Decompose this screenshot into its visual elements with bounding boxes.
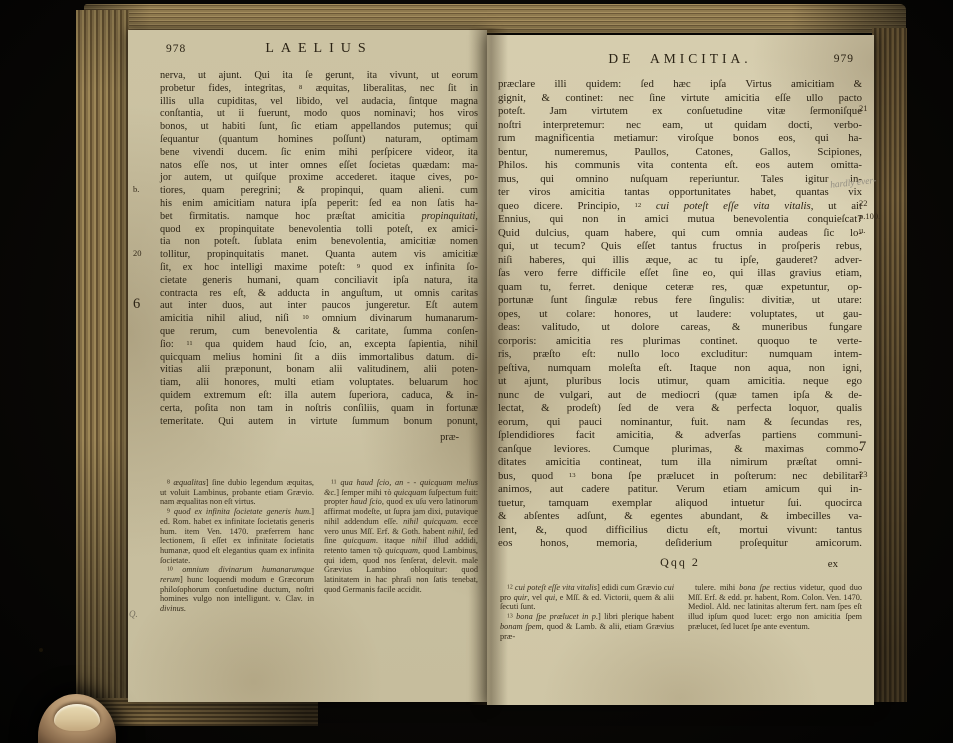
bottom-page-edges (78, 698, 318, 726)
text-line: certa, poſita non tam in noſtris conſili… (160, 403, 478, 416)
top-page-edges (84, 4, 906, 33)
footnote: 12 cui poteſt eſſe vita vitalis] edidi c… (500, 583, 674, 612)
margin-note: 20 (133, 248, 142, 258)
text-line: lectat, & prodeſt) ſed de vera & perfect… (498, 402, 862, 416)
footnote-column: 8 æqualitas] ſine dubio legendum æquitas… (160, 478, 314, 614)
left-page: 978 LAELIUS nerva, ut ajunt. Qui ita ſe … (128, 30, 487, 702)
text-line: tia non poteſt. ſublata enim benevolenti… (160, 236, 478, 249)
footnote: 13 bona ſpe prælucet in p.] libri pleriq… (500, 612, 674, 641)
text-line: tiores, quam peregrini; & propinqui, qua… (160, 185, 478, 198)
text-line: & abſentes adſunt, & egentes abundant, &… (498, 510, 862, 524)
text-line: ditates amicitia contineat, tum illa nim… (498, 456, 862, 470)
running-title: LAELIUS (160, 41, 478, 57)
text-line: bet firmitatis. namque hoc præſtat amici… (160, 211, 478, 224)
text-line: natos eſſe nos, ut inter omnes eſſet ſoc… (160, 160, 478, 173)
text-line: jor autem, ut quiſque proxime accederet.… (160, 172, 478, 185)
signature-mark: Qqq 2 (498, 555, 862, 570)
text-line: tollitur, propinquitatis manet. Quanta a… (160, 249, 478, 262)
text-line: Ennius, qui non in amici mutua benevolen… (498, 213, 862, 227)
footnote: 8 æqualitas] ſine dubio legendum æquitas… (160, 478, 314, 507)
text-line: ſit, ex hoc intelligi maxime poteſt: 9 q… (160, 262, 478, 275)
page-header: 978 LAELIUS (160, 41, 478, 59)
footnotes: 12 cui poteſt eſſe vita vitalis] edidi c… (500, 583, 862, 641)
text-line: tuetur, tamquam exemplar aliquod intuetu… (498, 497, 862, 511)
text-line: quicquam melius homini ſit a diis immort… (160, 352, 478, 365)
text-line: peſtiva, numquam moleſta eſt. Itaque non… (498, 362, 862, 376)
text-line: queo dicere. Principio, 12 cui poteſt eſ… (498, 200, 862, 214)
text-line: gignit, & continet: nec ſine virtute ami… (498, 92, 862, 106)
text-line: animos, aut cadere patitur. Verum etiam … (498, 483, 862, 497)
text-line: ſplendidiores facit amicitia, & adverſas… (498, 429, 862, 443)
text-line: tiam, alii honores, multi etiam voluptat… (160, 377, 478, 390)
text-line: bentur, numeremus, Paullos, Catones, Gal… (498, 146, 862, 160)
text-line: qui, ut tecum? Quis eſſet tantus fructus… (498, 240, 862, 254)
footnote-column: 12 cui poteſt eſſe vita vitalis] edidi c… (500, 583, 674, 641)
margin-note: 7 (859, 439, 866, 456)
right-page-edges (872, 28, 907, 702)
text-line: temeritate. Qui autem in virtute ſummum … (160, 416, 478, 429)
text-line: mus, qui omnino nuſquam reperiuntur. Tal… (498, 173, 862, 187)
right-page: DE AMICITIA. 979 præclare illi quidem: ſ… (487, 35, 874, 705)
page-number: 979 (834, 53, 854, 65)
running-title: DE AMICITIA. (498, 51, 862, 67)
footnote: tulere. mihi bona ſpe rectius videtur, q… (688, 583, 862, 632)
text-line: his enim amicitiam natura ipſa peperit: … (160, 198, 478, 211)
body-text: nerva, ut ajunt. Qui ita ſe gerunt, ita … (160, 70, 478, 428)
text-line: conſtantia, ut ii fuerunt, modo quos nom… (160, 108, 478, 121)
page-header: DE AMICITIA. 979 (498, 51, 862, 69)
text-line: canſque leviores. Cumque plurimas, & max… (498, 443, 862, 457)
text-line: ſio: 11 qua quidem haud ſcio, an, except… (160, 339, 478, 352)
text-line: nunc de vulgari, aut de mediocri (quæ ta… (498, 389, 862, 403)
footnote-column: tulere. mihi bona ſpe rectius videtur, q… (688, 583, 862, 641)
text-line: probetur fides, integritas, 8 æquitas, l… (160, 83, 478, 96)
text-line: quod ex propinquitate benevolentia tolli… (160, 224, 478, 237)
margin-note: 22 (859, 198, 868, 208)
text-line: ſas vero ferre difficile eſſet ſine eo, … (498, 267, 862, 281)
margin-note: 6 (133, 296, 140, 313)
text-line: corporis: amicitia res plurimas continet… (498, 335, 862, 349)
margin-note: u. (859, 225, 865, 235)
text-line: bus, quod 13 bona ſpe prælucet in poſter… (498, 470, 862, 484)
body-text: præclare illi quidem: ſed hæc ipſa Virtu… (498, 78, 862, 551)
text-line: contracta res eſt, & adducta in anguſtum… (160, 288, 478, 301)
text-line: ris, præſto eſt: nullo loco excluditur: … (498, 348, 862, 362)
text-line: portunæ ſunt ſingulæ rebus fere ſingulis… (498, 294, 862, 308)
text-line: ter viros amicitia tantas opportunitates… (498, 186, 862, 200)
margin-note: 23 (859, 469, 868, 479)
text-line: bonos, ut habiti ſunt, ſic etiam appella… (160, 121, 478, 134)
catchword: præ- (440, 432, 459, 443)
text-line: noſtri interpretemur: nec eam, ut quidam… (498, 119, 862, 133)
text-line: opes, ut colare: honores, ut laudere: vo… (498, 308, 862, 322)
page-number: 978 (166, 43, 186, 55)
text-line: que rerum, cum benevolentia & caritate, … (160, 326, 478, 339)
footnote: 11 qua haud ſcio, an - - quicquam melius… (324, 478, 478, 594)
text-line: eos honos, memoria, deſiderium proſequit… (498, 537, 862, 551)
text-line: poteſt. Jam virtutem ex conſuetudine vit… (498, 105, 862, 119)
margin-note: b. (133, 184, 139, 194)
margin-note: p.100. (859, 211, 880, 221)
text-line: quam tu, ferret. denique ceteræ res, quæ… (498, 281, 862, 295)
left-page-edges (76, 10, 129, 702)
margin-note: 21 (859, 103, 868, 113)
text-line: Philos. his communis vita contenta eſt. … (498, 159, 862, 173)
text-line: bene vivendi ducem. ſic enim mihi perſpi… (160, 147, 478, 160)
handwritten-pencil-mark: Q. (129, 609, 138, 619)
text-line: rum magnificentia metiamur: viroſque bon… (498, 132, 862, 146)
text-line: aut inter duos, aut inter paucos jungere… (160, 300, 478, 313)
catchword: ex (828, 558, 838, 570)
text-line: quidem extremum eſt: illa autem ſuperior… (160, 390, 478, 403)
text-line: deas: valitudo, ut dolore careas, & mune… (498, 321, 862, 335)
text-line: illis ulla cupiditas, vel libido, vel au… (160, 96, 478, 109)
footnote: 10 omnium divinarum humanarumque rerum] … (160, 565, 314, 614)
text-line: ſequantur (quantum homines poſſunt) natu… (160, 134, 478, 147)
text-line: niſi haberes, qui illis æque, ac tu ipſe… (498, 254, 862, 268)
text-line: cietate generis humani, quam conciliavit… (160, 275, 478, 288)
thumb-nail (54, 704, 100, 731)
text-line: lent, &, quod difficilius dictu eſt, mor… (498, 524, 862, 538)
footnote-column: 11 qua haud ſcio, an - - quicquam melius… (324, 478, 478, 614)
footnotes: 8 æqualitas] ſine dubio legendum æquitas… (160, 478, 478, 614)
book-photo: 978 LAELIUS nerva, ut ajunt. Qui ita ſe … (0, 0, 953, 743)
speck (39, 648, 43, 652)
text-line: ut ajunt, pluribus locis utimur, quam am… (498, 375, 862, 389)
text-line: eorum, qui pauci nominantur, fuit. nam &… (498, 416, 862, 430)
text-line: amicitia nihil aliud, niſi 10 omnium div… (160, 313, 478, 326)
text-line: vitias alii præponunt, bonam alii valitu… (160, 364, 478, 377)
text-line: Quid dulcius, quam habere, qui cum omnia… (498, 227, 862, 241)
footnote: 9 quod ex infinita ſocietate generis hum… (160, 507, 314, 565)
text-line: nerva, ut ajunt. Qui ita ſe gerunt, ita … (160, 70, 478, 83)
text-line: præclare illi quidem: ſed hæc ipſa Virtu… (498, 78, 862, 92)
